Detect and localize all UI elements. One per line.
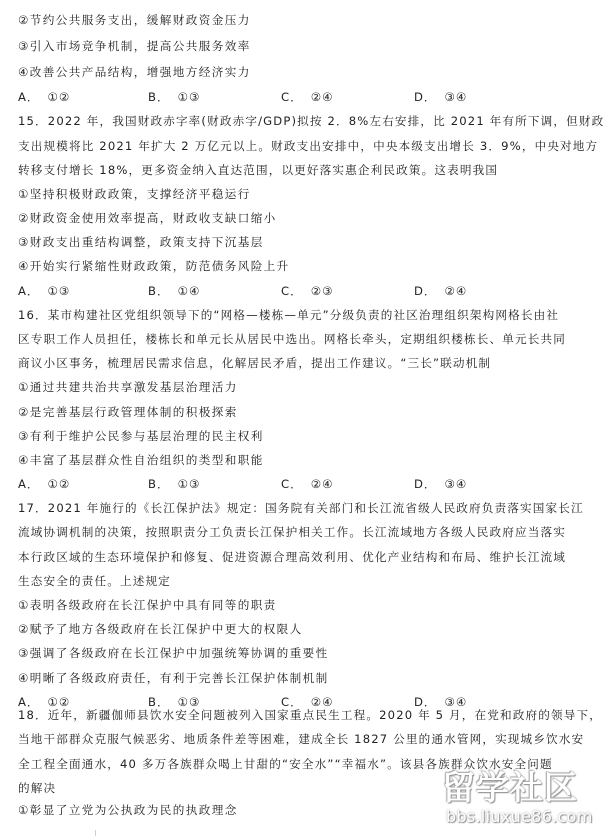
q16-option-4: ④丰富了基层群众性自治组织的类型和职能: [18, 452, 600, 468]
q16-stem-line-3: 商议小区事务，梳理居民需求信息，化解居民矛盾，提出工作建议。“三长”联动机制: [18, 355, 600, 371]
q18-option-1: ①彰显了立党为公执政为民的执政理念: [18, 802, 600, 818]
q18-stem-line-2: 当地干部群众克服气候恶劣、地质条件差等困难，建成全长 1827 公里的通水管网，…: [18, 731, 600, 747]
q15-choice-a[interactable]: A．①③: [18, 283, 70, 299]
q15-option-1: ①坚持积极财政政策，支撑经济平稳运行: [18, 186, 600, 202]
q18-stem-line-1: 18．近年，新疆伽师县饮水安全问题被列入国家重点民生工程。2020 年 5 月，…: [18, 707, 600, 723]
q17-option-4: ④明晰了各级政府责任，有利于完善长江保护体制机制: [18, 670, 600, 686]
q14-choice-c[interactable]: C．②④: [281, 89, 334, 105]
q15-stem-line-1: 15．2022 年，我国财政赤字率(财政赤字/GDP)拟按 2．8%左右安排，比…: [18, 113, 600, 129]
q16-choice-c[interactable]: C．②④: [281, 476, 334, 492]
q15-choices: A．①③ B．①④ C．②③ D．②④: [18, 283, 600, 299]
q16-choice-d[interactable]: D．③④: [414, 476, 467, 492]
q15-option-3: ③财政支出重结构调整，政策支持下沉基层: [18, 234, 600, 250]
q14-option-3: ③引入市场竞争机制，提高公共服务效率: [18, 38, 600, 54]
q17-option-3: ③强调了各级政府在长江保护中加强统筹协调的重要性: [18, 645, 600, 661]
q15-stem-line-2: 支出规模将比 2021 年扩大 2 万亿元以上。财政支出安排中，中央本级支出增长…: [18, 138, 600, 154]
q14-choice-a[interactable]: A．①②: [18, 89, 70, 105]
q17-option-1: ①表明各级政府在长江保护中具有同等的职责: [18, 597, 600, 613]
scan-artifact-mark: [95, 830, 96, 836]
q17-option-2: ②赋予了地方各级政府在长江保护中更大的权限人: [18, 621, 600, 637]
q16-stem-line-2: 区专职工作人员担任，楼栋长和单元长从居民中选出。网格长牵头，定期组织楼栋长、单元…: [18, 331, 600, 347]
q14-choices: A．①② B．①③ C．②④ D．③④: [18, 89, 600, 105]
q15-choice-c[interactable]: C．②③: [281, 283, 334, 299]
q15-option-2: ②财政资金使用效率提高，财政收支缺口缩小: [18, 210, 600, 226]
q18-stem-line-3: 全工程全面通水，40 多万各族群众喝上甘甜的“安全水”“幸福水”。该县各族群众饮…: [18, 756, 600, 772]
q15-option-4: ④开始实行紧缩性财政政策，防范债务风险上升: [18, 258, 600, 274]
q15-choice-b[interactable]: B．①④: [148, 283, 200, 299]
q16-option-2: ②是完善基层行政管理体制的积极探索: [18, 404, 600, 420]
q16-stem-line-1: 16．某市构建社区党组织领导下的“网格—楼栋—单元”分级负责的社区治理组织架构网…: [18, 307, 600, 323]
q16-choice-a[interactable]: A．①②: [18, 476, 70, 492]
q16-choices: A．①② B．①③ C．②④ D．③④: [18, 476, 600, 492]
q14-option-2: ②节约公共服务支出，缓解财政资金压力: [18, 12, 600, 28]
q17-stem-line-1: 17．2021 年施行的《长江保护法》规定：国务院有关部门和长江流省级人民政府负…: [18, 500, 600, 516]
exam-page: ②节约公共服务支出，缓解财政资金压力 ③引入市场竞争机制，提高公共服务效率 ④改…: [0, 0, 609, 839]
q15-stem-line-3: 转移支付增长 18%，更多资金纳入直达范围，以更好落实惠企利民政策。这表明我国: [18, 162, 600, 178]
q17-stem-line-2: 流域协调机制的决策，按照职责分工负责长江保护相关工作。长江流域地方各级人民政府应…: [18, 524, 600, 540]
watermark-logo: 留学社区 bbs.liuxue86.com: [440, 770, 605, 830]
q14-option-4: ④改善公共产品结构，增强地方经济实力: [18, 64, 600, 80]
q17-stem-line-4: 生态安全的责任。上述规定: [18, 573, 600, 589]
q14-choice-b[interactable]: B．①③: [148, 89, 200, 105]
q17-stem-line-3: 本行政区域的生态环境保护和修复、促进资源合理高效利用、优化产业结构和布局、维护长…: [18, 549, 600, 565]
q18-stem-line-4: 的解决: [18, 780, 600, 796]
q16-option-3: ③有利于维护公民参与基层治理的民主权利: [18, 428, 600, 444]
q15-choice-d[interactable]: D．②④: [414, 283, 467, 299]
q16-option-1: ①通过共建共治共享激发基层治理活力: [18, 379, 600, 395]
q16-choice-b[interactable]: B．①③: [148, 476, 200, 492]
q14-choice-d[interactable]: D．③④: [414, 89, 467, 105]
